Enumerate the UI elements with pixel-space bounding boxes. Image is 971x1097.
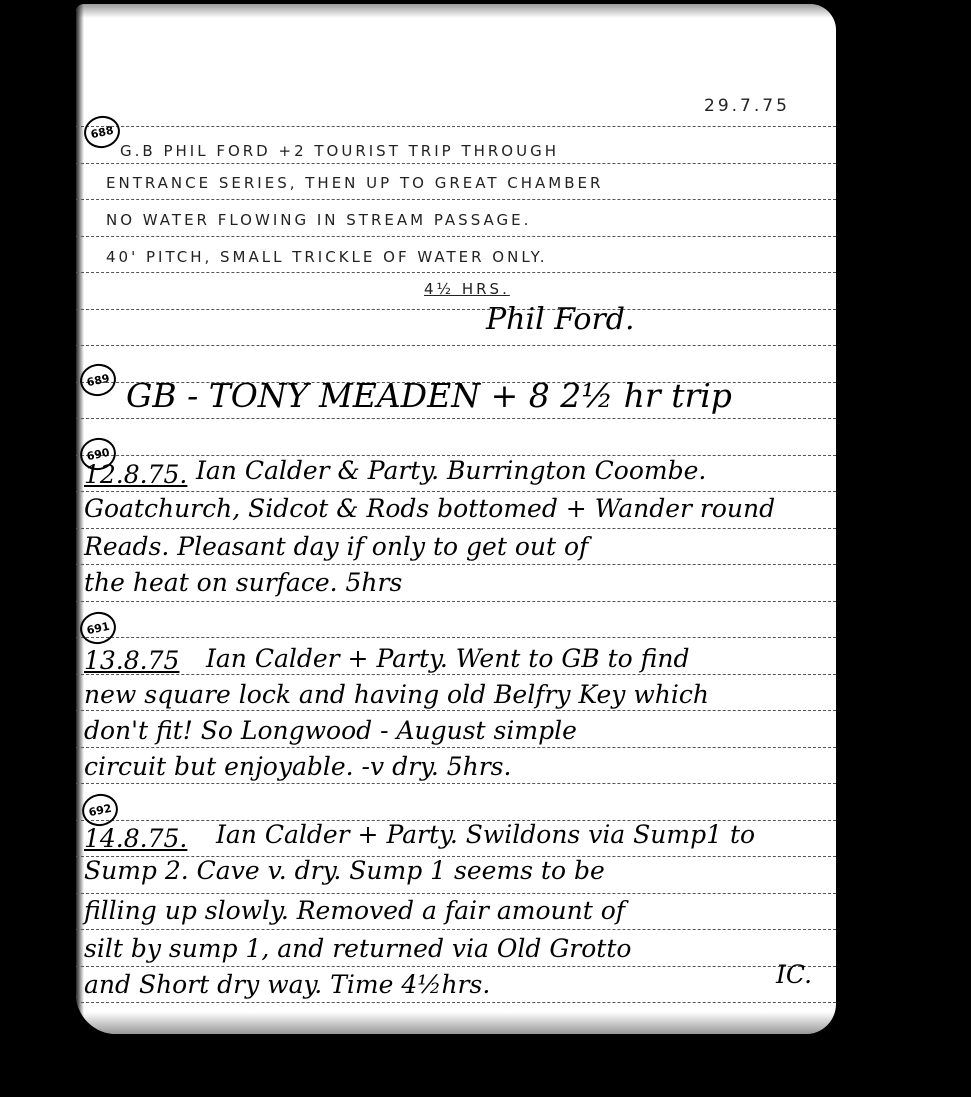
entry-691-date: 13.8.75: [84, 646, 179, 675]
entry-692-line-1: Ian Calder + Party. Swildons via Sump1 t…: [216, 820, 755, 849]
entry-690-line-1: Ian Calder & Party. Burrington Coombe.: [196, 456, 706, 485]
page-top-shadow: [76, 4, 836, 18]
ruled-line: [76, 199, 836, 200]
ruled-line: [76, 345, 836, 346]
entry-692-line-5: and Short dry way. Time 4½hrs.: [84, 970, 490, 999]
ruled-line: [76, 710, 836, 711]
entry-688-line-4: 40' PITCH, SMALL TRICKLE OF WATER ONLY.: [106, 248, 548, 266]
ruled-line: [76, 747, 836, 748]
entry-688-duration: 4½ HRS.: [424, 280, 510, 298]
ruled-line: [76, 783, 836, 784]
entry-688-line-2: ENTRANCE SERIES, THEN UP TO GREAT CHAMBE…: [106, 174, 603, 192]
ruled-line: [76, 528, 836, 529]
entry-692-date: 14.8.75.: [84, 824, 187, 853]
entry-690-line-3: Reads. Pleasant day if only to get out o…: [84, 532, 588, 561]
entry-691-line-3: don't fit! So Longwood - August simple: [84, 716, 577, 745]
ruled-line: [76, 491, 836, 492]
page-bottom-shadow: [76, 1012, 836, 1034]
entry-number-688: 688: [81, 113, 123, 152]
ruled-line: [76, 674, 836, 675]
entry-690-date: 12.8.75.: [84, 460, 187, 489]
entry-691-line-2: new square lock and having old Belfry Ke…: [84, 680, 709, 709]
ruled-line: [76, 966, 836, 967]
ruled-line: [76, 893, 836, 894]
ruled-line: [76, 309, 836, 310]
page-left-shadow: [76, 4, 84, 1034]
ruled-line: [76, 637, 836, 638]
entry-690-line-2: Goatchurch, Sidcot & Rods bottomed + Wan…: [84, 494, 775, 523]
ruled-line: [76, 564, 836, 565]
notebook-page: 29.7.75 688 G.B PHIL FORD +2 TOURIST TRI…: [76, 4, 836, 1034]
entry-688-signature: Phil Ford.: [486, 302, 635, 337]
entry-691-line-1: Ian Calder + Party. Went to GB to find: [206, 644, 689, 673]
entry-692-initials: IC.: [776, 960, 812, 989]
entry-692-line-3: filling up slowly. Removed a fair amount…: [84, 896, 625, 925]
entry-688-line-3: NO WATER FLOWING IN STREAM PASSAGE.: [106, 211, 531, 229]
entry-692-line-4: silt by sump 1, and returned via Old Gro…: [84, 934, 631, 963]
ruled-line: [76, 236, 836, 237]
entry-689-line-1: GB - TONY MEADEN + 8 2½ hr trip: [126, 376, 732, 415]
ruled-line: [76, 1002, 836, 1003]
ruled-line: [76, 126, 836, 127]
entry-688-line-1: G.B PHIL FORD +2 TOURIST TRIP THROUGH: [120, 142, 559, 160]
entry-690-line-4: the heat on surface. 5hrs: [84, 568, 402, 597]
ruled-line: [76, 601, 836, 602]
date-header: 29.7.75: [704, 96, 790, 116]
ruled-line: [76, 929, 836, 930]
entry-692-line-2: Sump 2. Cave v. dry. Sump 1 seems to be: [84, 856, 605, 885]
ruled-line: [76, 163, 836, 164]
ruled-line: [76, 418, 836, 419]
entry-691-line-4: circuit but enjoyable. -v dry. 5hrs.: [84, 752, 511, 781]
ruled-line: [76, 272, 836, 273]
